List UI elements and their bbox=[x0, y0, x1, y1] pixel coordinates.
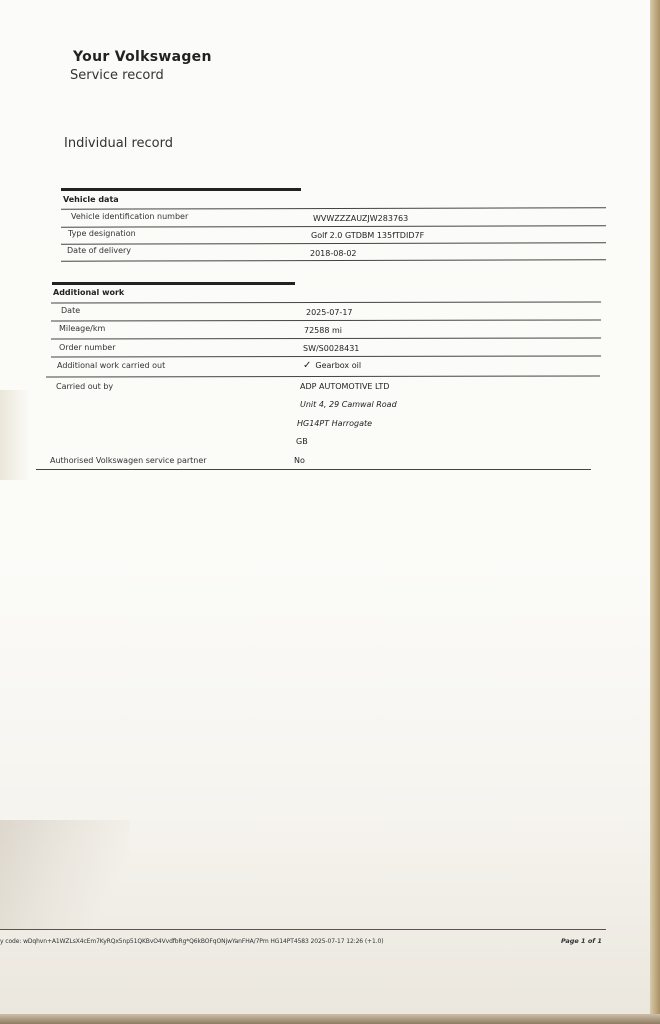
delivery-date-value: 2018-08-02 bbox=[310, 249, 357, 258]
row-divider bbox=[46, 376, 600, 378]
workshop-country: GB bbox=[296, 437, 308, 446]
type-designation-label: Type designation bbox=[68, 229, 136, 238]
code-value: wDqhvn+A1WZLsX4cEm7KyRQx5np51QKBvO4Vvdfb… bbox=[23, 938, 269, 945]
checkmark-icon: ✓ bbox=[303, 360, 311, 371]
row-divider bbox=[61, 259, 606, 261]
footer-verification-code: y code: wDqhvn+A1WZLsX4cEm7KyRQx5np51QKB… bbox=[0, 938, 383, 945]
vehicle-data-heading: Vehicle data bbox=[63, 195, 119, 204]
row-divider bbox=[61, 225, 606, 227]
workshop-address-line: Unit 4, 29 Camwal Road bbox=[300, 400, 397, 409]
workshop-postcode-city: HG14PT Harrogate bbox=[297, 419, 372, 428]
row-divider bbox=[61, 207, 606, 209]
type-designation-value: Golf 2.0 GTDBM 135fTDID7F bbox=[311, 231, 424, 240]
row-divider bbox=[61, 242, 606, 244]
workshop-name: ADP AUTOMOTIVE LTD bbox=[300, 382, 389, 391]
delivery-date-label: Date of delivery bbox=[67, 246, 131, 255]
brand-title: Your Volkswagen bbox=[73, 49, 212, 65]
footer-divider bbox=[0, 929, 606, 930]
row-divider bbox=[36, 469, 591, 470]
paper-edge bbox=[650, 0, 660, 1024]
work-carried-out-value: ✓Gearbox oil bbox=[303, 360, 361, 371]
additional-work-heading: Additional work bbox=[53, 288, 124, 297]
row-divider bbox=[51, 320, 601, 322]
footer-timestamp: 2025-07-17 12:26 (+1.0) bbox=[311, 938, 384, 945]
vin-label: Vehicle identification number bbox=[71, 212, 188, 221]
section-title: Individual record bbox=[64, 136, 173, 151]
work-carried-out-label: Additional work carried out bbox=[57, 361, 165, 370]
paper-shadow bbox=[0, 820, 130, 930]
row-divider bbox=[51, 356, 601, 358]
document-page: Your Volkswagen Service record Individua… bbox=[0, 0, 650, 1014]
work-item: Gearbox oil bbox=[315, 361, 361, 370]
mileage-value: 72588 mi bbox=[304, 326, 342, 335]
paper-edge bbox=[0, 1014, 660, 1024]
authorised-partner-value: No bbox=[294, 456, 305, 465]
document-subtitle: Service record bbox=[70, 68, 164, 83]
order-number-value: SW/S0028431 bbox=[303, 344, 359, 353]
vin-value: WVWZZZAUZJW283763 bbox=[313, 214, 408, 223]
page-number: Page 1 of 1 bbox=[561, 937, 602, 945]
footer-reference: HG14PT4583 bbox=[270, 938, 308, 945]
mileage-label: Mileage/km bbox=[59, 324, 105, 333]
section-divider bbox=[52, 282, 295, 285]
work-date-value: 2025-07-17 bbox=[306, 308, 353, 317]
paper-shadow bbox=[0, 390, 30, 480]
code-label: y code: bbox=[0, 938, 21, 945]
row-divider bbox=[51, 302, 601, 304]
row-divider bbox=[51, 338, 601, 340]
work-date-label: Date bbox=[61, 306, 80, 315]
section-divider bbox=[61, 188, 301, 191]
order-number-label: Order number bbox=[59, 343, 116, 352]
carried-out-by-label: Carried out by bbox=[56, 382, 113, 391]
authorised-partner-label: Authorised Volkswagen service partner bbox=[50, 456, 207, 465]
